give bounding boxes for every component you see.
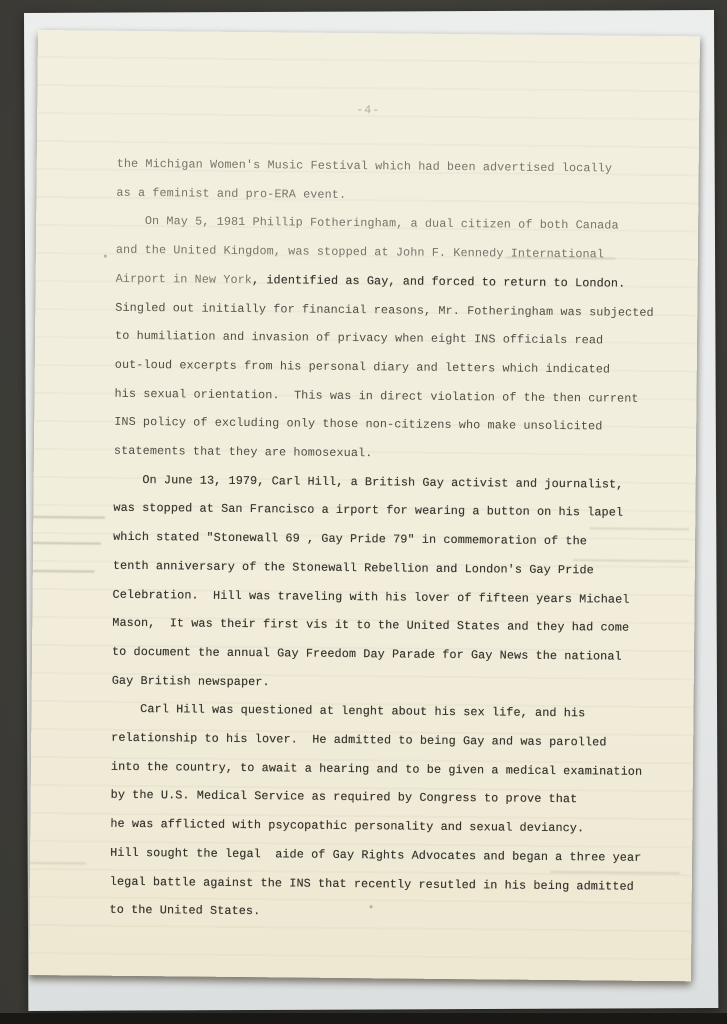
text-segment: to the United States. <box>109 903 260 918</box>
page-number: -4- <box>37 100 699 120</box>
text-line: to the United States. <box>109 896 681 930</box>
text-segment: INS policy of excluding only those non-c… <box>114 415 602 434</box>
mat-edge <box>0 1013 727 1024</box>
text-segment: On June 13, 1979, Carl Hill, a British G… <box>114 472 624 491</box>
text-segment: Gay British newspaper. <box>112 673 270 689</box>
text-segment: legal battle against the INS that recent… <box>110 874 634 893</box>
paper-streak <box>29 542 101 545</box>
text-segment: as a feminist and pro-ERA event. <box>116 185 346 201</box>
text-segment: Hill sought the legal aide of Gay Rights… <box>110 846 641 865</box>
text-segment: by the U.S. Medical Service as required … <box>111 788 578 806</box>
text-segment: to humiliation and invasion of privacy w… <box>115 329 603 348</box>
text-segment: out-loud excerpts from his personal diar… <box>115 358 610 377</box>
text-segment: he was afflicted with psycopathic person… <box>110 817 584 836</box>
text-segment: relationship to his lover. He admitted t… <box>111 731 606 750</box>
paper-speck <box>370 905 373 908</box>
text-segment: Airport in New York <box>116 272 253 287</box>
document-page: -4- the Michigan Women's Music Festival … <box>29 30 700 981</box>
text-segment: which stated "Stonewall 69 , Gay Pride 7… <box>113 530 587 549</box>
text-segment: was stopped at San Francisco a irport fo… <box>113 501 623 520</box>
text-segment: On May 5, 1981 Phillip Fotheringham, a d… <box>116 214 619 233</box>
text-segment: statements that they are homosexual. <box>114 444 373 460</box>
text-segment: Carl Hill was questioned at lenght about… <box>111 702 585 721</box>
paper-streak <box>29 516 105 519</box>
text-segment: tenth anniversary of the Stonewall Rebel… <box>113 559 594 578</box>
text-segment: his sexual orientation. This was in dire… <box>114 386 638 405</box>
photo-background: -4- the Michigan Women's Music Festival … <box>0 0 727 1024</box>
text-segment: , identified as Gay, and forced to retur… <box>252 273 625 291</box>
text-segment: to document the annual Gay Freedom Day P… <box>112 645 622 664</box>
paper-speck <box>104 255 107 258</box>
paper-streak <box>31 570 95 573</box>
document-body-text: the Michigan Women's Music Festival whic… <box>109 150 688 930</box>
text-segment: Singled out initially for financial reas… <box>115 300 654 319</box>
text-segment: Mason, It was their first vis it to the … <box>112 616 629 635</box>
paper-streak <box>29 862 86 865</box>
text-segment: the Michigan Women's Music Festival whic… <box>117 157 612 176</box>
text-segment: Celebration. Hill was traveling with his… <box>113 587 630 606</box>
text-segment: into the country, to await a hearing and… <box>111 760 642 779</box>
